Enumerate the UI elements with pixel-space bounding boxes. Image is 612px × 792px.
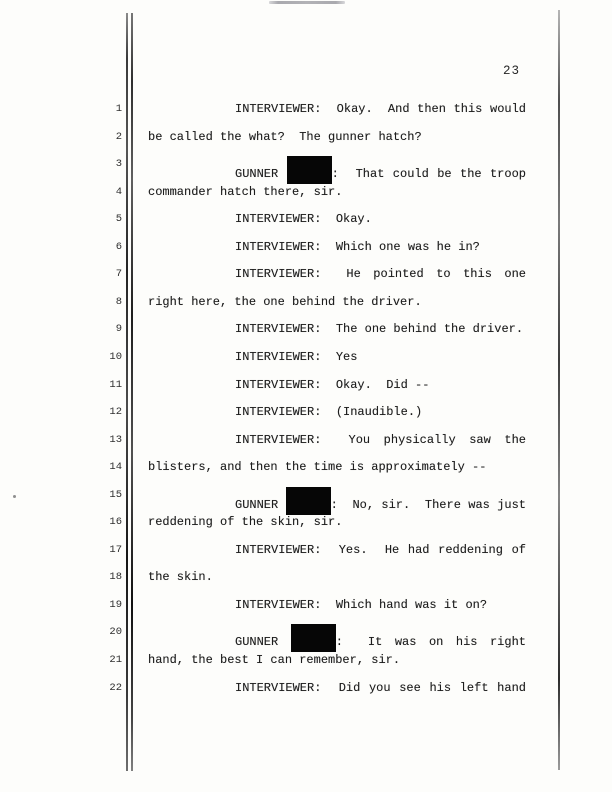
line-text: INTERVIEWER: He pointed to this one	[148, 266, 526, 282]
line-text: reddening of the skin, sir.	[148, 514, 526, 530]
transcript-line: 3 GUNNER : That could be the troop	[0, 156, 612, 174]
transcript-line: 2 be called the what? The gunner hatch?	[0, 129, 612, 147]
page-number: 23	[503, 64, 520, 78]
transcript-line: 4 commander hatch there, sir.	[0, 184, 612, 202]
line-text: blisters, and then the time is approxima…	[148, 459, 526, 475]
scan-artifact-top-bar	[269, 1, 345, 4]
line-text: INTERVIEWER: The one behind the driver.	[148, 321, 526, 337]
line-number: 5	[100, 211, 122, 227]
line-number: 3	[100, 156, 122, 172]
line-text: the skin.	[148, 569, 526, 585]
line-number: 6	[100, 239, 122, 255]
line-number: 2	[100, 129, 122, 145]
line-number: 22	[100, 680, 122, 696]
transcript-line: 8 right here, the one behind the driver.	[0, 294, 612, 312]
line-text: INTERVIEWER: Which one was he in?	[148, 239, 526, 255]
line-number: 7	[100, 266, 122, 282]
transcript-line: 6 INTERVIEWER: Which one was he in?	[0, 239, 612, 257]
redaction-box	[287, 156, 332, 184]
line-text: INTERVIEWER: You physically saw the	[148, 432, 526, 448]
line-text: INTERVIEWER: Did you see his left hand	[148, 680, 526, 696]
line-number: 8	[100, 294, 122, 310]
line-text: GUNNER : It was on his right	[148, 624, 526, 652]
line-text: commander hatch there, sir.	[148, 184, 526, 200]
line-number: 10	[100, 349, 122, 365]
transcript-line: 9 INTERVIEWER: The one behind the driver…	[0, 321, 612, 339]
transcript-line: 20 GUNNER : It was on his right	[0, 624, 612, 642]
transcript-line: 17 INTERVIEWER: Yes. He had reddening of	[0, 542, 612, 560]
transcript-line: 15 GUNNER : No, sir. There was just	[0, 487, 612, 505]
line-number: 12	[100, 404, 122, 420]
transcript-line: 7 INTERVIEWER: He pointed to this one	[0, 266, 612, 284]
line-text: right here, the one behind the driver.	[148, 294, 526, 310]
line-text: INTERVIEWER: Okay. And then this would	[148, 101, 526, 117]
line-number: 9	[100, 321, 122, 337]
transcript-line: 5 INTERVIEWER: Okay.	[0, 211, 612, 229]
transcript-line: 19 INTERVIEWER: Which hand was it on?	[0, 597, 612, 615]
line-text: INTERVIEWER: Yes	[148, 349, 526, 365]
line-text: hand, the best I can remember, sir.	[148, 652, 526, 668]
line-number: 11	[100, 377, 122, 393]
line-number: 21	[100, 652, 122, 668]
line-number: 14	[100, 459, 122, 475]
line-text: INTERVIEWER: (Inaudible.)	[148, 404, 526, 420]
transcript-line: 13 INTERVIEWER: You physically saw the	[0, 432, 612, 450]
transcript-line: 11 INTERVIEWER: Okay. Did --	[0, 377, 612, 395]
line-number: 13	[100, 432, 122, 448]
line-text: INTERVIEWER: Okay.	[148, 211, 526, 227]
transcript-line: 12 INTERVIEWER: (Inaudible.)	[0, 404, 612, 422]
scanned-transcript-page: 23 1 INTERVIEWER: Okay. And then this wo…	[0, 0, 612, 792]
line-number: 17	[100, 542, 122, 558]
line-text: INTERVIEWER: Yes. He had reddening of	[148, 542, 526, 558]
transcript-line: 22 INTERVIEWER: Did you see his left han…	[0, 680, 612, 698]
transcript-line: 14 blisters, and then the time is approx…	[0, 459, 612, 477]
line-number: 15	[100, 487, 122, 503]
line-number: 20	[100, 624, 122, 640]
redaction-box	[286, 487, 331, 515]
line-number: 1	[100, 101, 122, 117]
transcript-line: 21 hand, the best I can remember, sir.	[0, 652, 612, 670]
line-text: be called the what? The gunner hatch?	[148, 129, 526, 145]
line-text: GUNNER : No, sir. There was just	[148, 487, 526, 515]
transcript-line: 1 INTERVIEWER: Okay. And then this would	[0, 101, 612, 119]
line-text: INTERVIEWER: Which hand was it on?	[148, 597, 526, 613]
line-number: 19	[100, 597, 122, 613]
line-text: GUNNER : That could be the troop	[148, 156, 526, 184]
line-number: 18	[100, 569, 122, 585]
redaction-box	[291, 624, 336, 652]
line-text: INTERVIEWER: Okay. Did --	[148, 377, 526, 393]
line-number: 4	[100, 184, 122, 200]
line-number: 16	[100, 514, 122, 530]
transcript-line: 18 the skin.	[0, 569, 612, 587]
transcript-line: 10 INTERVIEWER: Yes	[0, 349, 612, 367]
transcript-line: 16 reddening of the skin, sir.	[0, 514, 612, 532]
